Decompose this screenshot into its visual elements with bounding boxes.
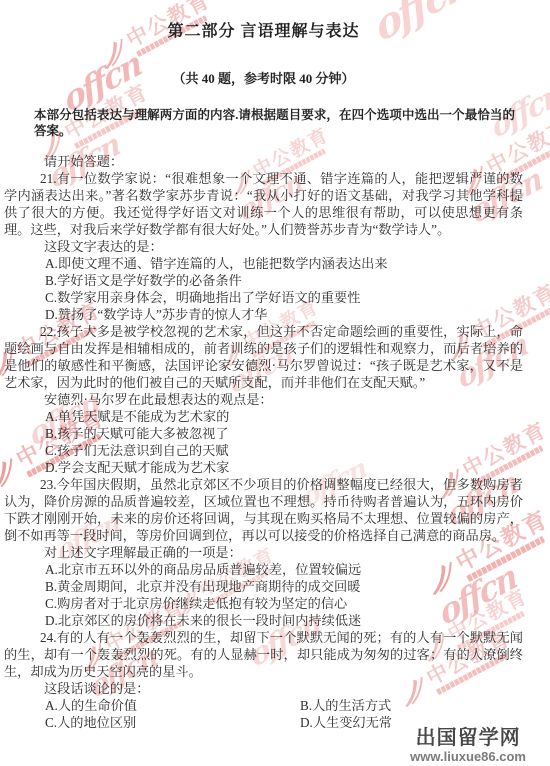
answer-option: B.黄金周期间，北京并没有出现地产商期待的成交回暖 (45, 578, 523, 595)
answer-option: A.人的生命价值 (45, 697, 300, 714)
answer-option: A.单凭天赋是不能成为艺术家的 (45, 408, 523, 425)
options-list: A.北京市五环以外的商品房品质普遍较差，位置较偏远B.黄金周期间，北京并没有出现… (45, 561, 523, 629)
section-subtitle: （共 40 题，参考时限 40 分钟） (4, 71, 523, 87)
answer-option: C.购房者对于北京房价继续走低抱有较为坚定的信心 (45, 595, 523, 612)
questions: 21.有一位数学家说：“很难想象一个文理不通、错字连篇的人，能把逻辑严谨的数学内… (4, 170, 523, 731)
question-prompt: 安德烈·马尔罗在此最想表达的观点是： (4, 391, 523, 408)
options-list: A.单凭天赋是不能成为艺术家的B.孩子的天赋可能大多被忽视了C.孩子们无法意识到… (45, 408, 523, 476)
answer-option: D.赞扬了“数学诗人”苏步青的惊人才华 (45, 306, 523, 323)
answer-option: A.即使文理不通、错字连篇的人，也能把数学内涵表达出来 (45, 255, 523, 272)
options-list: A.人的生命价值B.人的生活方式C.人的地位区别D.人生变幻无常 (45, 697, 523, 731)
section-instruction: 本部分包括表达与理解两方面的内容.请根据题目要求，在四个选项中选出一个最恰当的答… (34, 107, 515, 139)
answer-option: C.数学家用亲身体会，明确地指出了学好语文的重要性 (45, 289, 523, 306)
section-title: 第二部分 言语理解与表达 (4, 22, 523, 42)
answer-option: B.学好语文是学好数学的必备条件 (45, 272, 523, 289)
answer-option: D.学会支配天赋才能成为艺术家 (45, 459, 523, 476)
site-url: www.liuxue86.com (410, 750, 526, 764)
question-prompt: 对上述文字理解最正确的一项是： (4, 544, 523, 561)
document-content: 第二部分 言语理解与表达 （共 40 题，参考时限 40 分钟） 本部分包括表达… (4, 0, 523, 731)
answer-option: B.人的生活方式 (300, 697, 523, 714)
question-stem: 23.今年国庆假期，虽然北京郊区不少项目的价格调整幅度已经很大，但多数购房者认为… (4, 476, 523, 544)
options-list: A.即使文理不通、错字连篇的人，也能把数学内涵表达出来B.学好语文是学好数学的必… (45, 255, 523, 323)
question-area: 请开始答题： 21.有一位数学家说：“很难想象一个文理不通、错字连篇的人，能把逻… (4, 153, 523, 731)
question-stem: 22.孩子大多是被学校忽视的艺术家，但这并不否定命题绘画的重要性，实际上，命题绘… (4, 323, 523, 391)
start-prompt: 请开始答题： (4, 153, 523, 170)
answer-option: C.孩子们无法意识到自己的天赋 (45, 442, 523, 459)
footer-logo: 出国留学网 www.liuxue86.com (410, 727, 526, 764)
question-prompt: 这段文字表达的是： (4, 238, 523, 255)
exam-paper-page: 中公教育offcnoffcn中公教育offcn中公教育offcnoffcn中公教… (0, 0, 550, 766)
question-stem: 24.有的人有一个轰轰烈烈的生，却留下一个默默无闻的死；有的人有一个默默无闻的生… (4, 629, 523, 680)
answer-option: C.人的地位区别 (45, 714, 300, 731)
site-name: 出国留学网 (410, 727, 526, 750)
question-stem: 21.有一位数学家说：“很难想象一个文理不通、错字连篇的人，能把逻辑严谨的数学内… (4, 170, 523, 238)
question-prompt: 这段话谈论的是： (4, 680, 523, 697)
answer-option: A.北京市五环以外的商品房品质普遍较差，位置较偏远 (45, 561, 523, 578)
answer-option: D.北京郊区的房价将在未来的很长一段时间内持续低迷 (45, 612, 523, 629)
answer-option: B.孩子的天赋可能大多被忽视了 (45, 425, 523, 442)
